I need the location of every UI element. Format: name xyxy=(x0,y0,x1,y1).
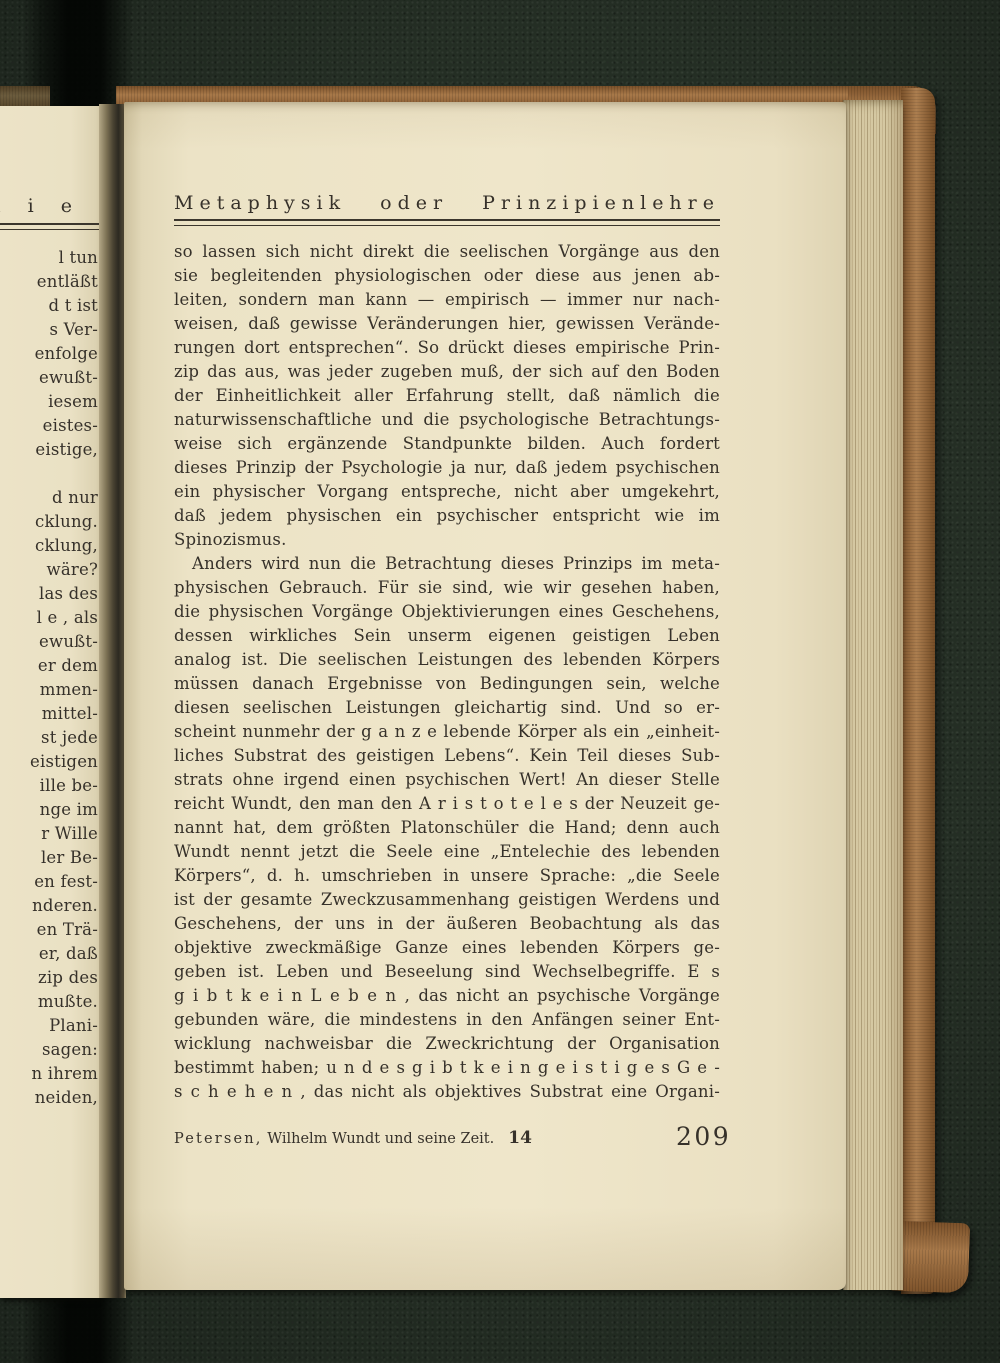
text-line: rungen dort entsprechen“. So drückt dies… xyxy=(174,336,720,360)
text-line: naturwissenschaftliche und die psycholog… xyxy=(174,408,720,432)
text-line-fragment: d nur xyxy=(0,486,98,510)
text-line: leiten, sondern man kann — empirisch — i… xyxy=(174,288,720,312)
text-line: reicht Wundt, den man den A r i s t o t … xyxy=(174,792,720,816)
text-line: objektive zweckmäßige Ganze eines lebend… xyxy=(174,936,720,960)
text-line: müssen danach Ergebnisse von Bedingungen… xyxy=(174,672,720,696)
text-line-fragment: sagen: xyxy=(0,1038,98,1062)
footer-citation-text: Wilhelm Wundt und seine Zeit. xyxy=(267,1131,494,1147)
text-line-fragment: n ihrem xyxy=(0,1062,98,1086)
page-block-fore-edge xyxy=(843,100,903,1290)
text-line-fragment: ewußt- xyxy=(0,630,98,654)
text-line: diesen seelischen Leistungen gleichartig… xyxy=(174,696,720,720)
text-line-fragment: wäre? xyxy=(0,558,98,582)
footer-author: Petersen, xyxy=(174,1131,263,1147)
text-line: die physischen Vorgänge Objektivierungen… xyxy=(174,600,720,624)
text-line: scheint nunmehr der g a n z e lebende Kö… xyxy=(174,720,720,744)
text-line: zip das aus, was jeder zugeben muß, der … xyxy=(174,360,720,384)
page-body-text: so lassen sich nicht direkt die seelisch… xyxy=(174,240,720,1104)
text-line-fragment: d t ist xyxy=(0,294,98,318)
header-rule xyxy=(174,219,720,226)
text-line-fragment: entläßt xyxy=(0,270,98,294)
footer-citation: Petersen, Wilhelm Wundt und seine Zeit.1… xyxy=(174,1128,720,1158)
text-line-fragment: er, daß xyxy=(0,942,98,966)
text-line-fragment: r Wille xyxy=(0,822,98,846)
text-line: dieses Prinzip der Psychologie ja nur, d… xyxy=(174,456,720,480)
text-line-fragment: cklung, xyxy=(0,534,98,558)
text-line: ist der gesamte Zweckzusammenhang geisti… xyxy=(174,888,720,912)
text-line-fragment: nderen. xyxy=(0,894,98,918)
text-line-fragment: ler Be- xyxy=(0,846,98,870)
right-page: Metaphysik oder Prinzipienlehre so lasse… xyxy=(124,102,846,1290)
text-line-fragment: er dem xyxy=(0,654,98,678)
text-line: bestimmt haben; u n d e s g i b t k e i … xyxy=(174,1056,720,1080)
text-line-fragment: eistigen xyxy=(0,750,98,774)
text-line-fragment: st jede xyxy=(0,726,98,750)
text-line: wicklung nachweisbar die Zweckrichtung d… xyxy=(174,1032,720,1056)
text-line: der Einheitlichkeit aller Erfahrung stel… xyxy=(174,384,720,408)
text-line: strats ohne irgend einen psychischen Wer… xyxy=(174,768,720,792)
text-line: sie begleitenden physiologischen oder di… xyxy=(174,264,720,288)
text-line-fragment: iesem xyxy=(0,390,98,414)
text-line-fragment: mußte. xyxy=(0,990,98,1014)
text-line: so lassen sich nicht direkt die seelisch… xyxy=(174,240,720,264)
book-gutter xyxy=(99,104,126,1298)
text-line: gebunden wäre, die mindestens in den Anf… xyxy=(174,1008,720,1032)
text-line-fragment: eistes- xyxy=(0,414,98,438)
book-cover-right-edge xyxy=(901,88,935,1294)
left-page-header-fragment: h i e xyxy=(0,195,78,217)
text-line-fragment: las des xyxy=(0,582,98,606)
text-line: ein physischer Vorgang entspreche, nicht… xyxy=(174,480,720,504)
text-line: s c h e h e n , das nicht als objektives… xyxy=(174,1080,720,1104)
text-line: analog ist. Die seelischen Leistungen de… xyxy=(174,648,720,672)
text-line: weisen, daß gewisse Veränderungen hier, … xyxy=(174,312,720,336)
book-scan-photo: h i e l tunentläßtd t ists Ver-enfolgeew… xyxy=(0,0,1000,1363)
text-line-fragment: l e , als xyxy=(0,606,98,630)
text-line: Körpers“, d. h. umschrieben in unsere Sp… xyxy=(174,864,720,888)
text-line: physischen Gebrauch. Für sie sind, wie w… xyxy=(174,576,720,600)
text-line-fragment xyxy=(0,462,98,486)
text-line: Wundt nennt jetzt die Seele eine „Entele… xyxy=(174,840,720,864)
text-line-fragment: eistige, xyxy=(0,438,98,462)
text-line: nannt hat, dem größten Platonschüler die… xyxy=(174,816,720,840)
page-header-title: Metaphysik oder Prinzipienlehre xyxy=(174,192,720,214)
text-line: weise sich ergänzende Standpunkte bilden… xyxy=(174,432,720,456)
text-line-fragment: l tun xyxy=(0,246,98,270)
text-line: geben ist. Leben und Beseelung sind Wech… xyxy=(174,960,720,984)
text-line-fragment: enfolge xyxy=(0,342,98,366)
text-line-fragment: s Ver- xyxy=(0,318,98,342)
text-line-fragment: ewußt- xyxy=(0,366,98,390)
text-line-fragment: neiden, xyxy=(0,1086,98,1110)
left-page: h i e l tunentläßtd t ists Ver-enfolgeew… xyxy=(0,106,104,1298)
left-header-rule xyxy=(0,223,104,230)
page-number: 209 xyxy=(676,1122,731,1151)
left-page-text-fragments: l tunentläßtd t ists Ver-enfolgeewußt-ie… xyxy=(0,246,98,1110)
text-line-fragment: mittel- xyxy=(0,702,98,726)
text-line: Geschehens, der uns in der äußeren Beoba… xyxy=(174,912,720,936)
text-line: Anders wird nun die Betrachtung dieses P… xyxy=(174,552,720,576)
text-line-fragment: cklung. xyxy=(0,510,98,534)
text-line: daß jedem physischen ein psychischer ent… xyxy=(174,504,720,528)
text-line-fragment: mmen- xyxy=(0,678,98,702)
text-line: dessen wirkliches Sein unserm eigenen ge… xyxy=(174,624,720,648)
text-line-fragment: Plani- xyxy=(0,1014,98,1038)
text-line: liches Substrat des geistigen Lebens“. K… xyxy=(174,744,720,768)
text-line-fragment: nge im xyxy=(0,798,98,822)
text-line-fragment: en fest- xyxy=(0,870,98,894)
text-line-fragment: en Trä- xyxy=(0,918,98,942)
text-line: g i b t k e i n L e b e n , das nicht an… xyxy=(174,984,720,1008)
footer-volume-number: 14 xyxy=(508,1128,532,1148)
text-line-fragment: ille be- xyxy=(0,774,98,798)
text-line: Spinozismus. xyxy=(174,528,720,552)
text-line-fragment: zip des xyxy=(0,966,98,990)
